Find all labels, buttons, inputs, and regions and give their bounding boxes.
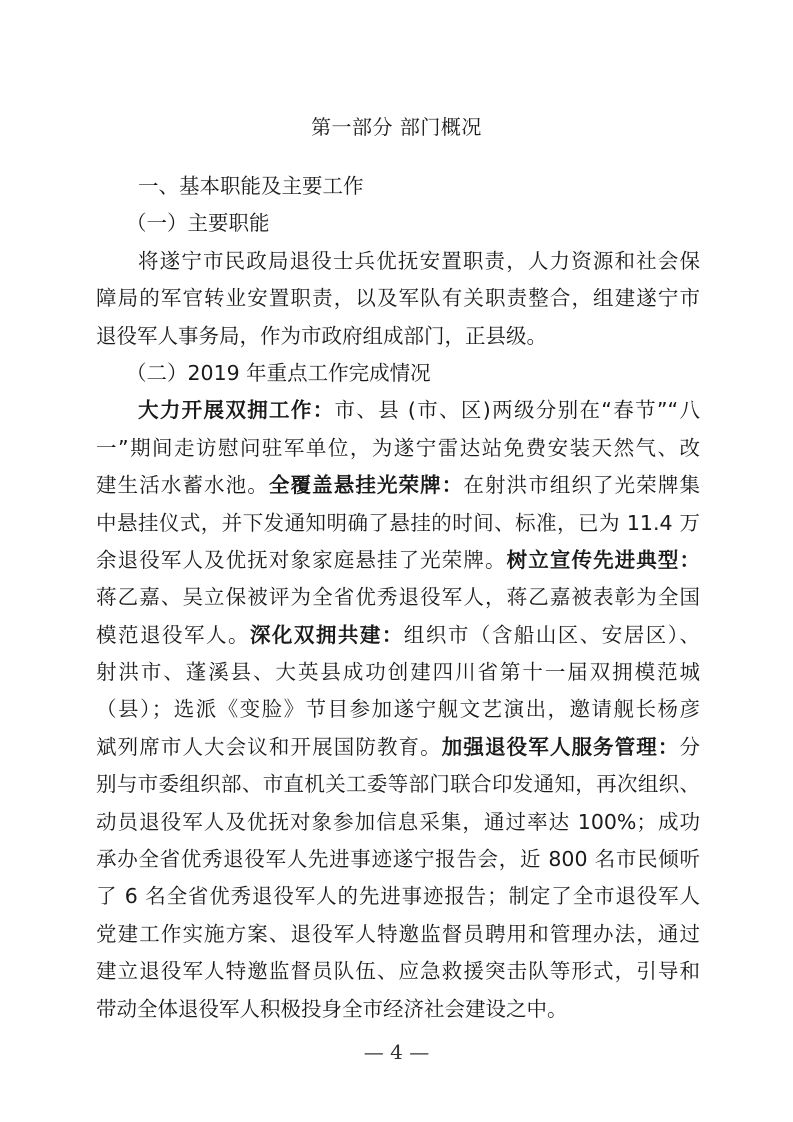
paragraph-line: 别与市委组织部、市直机关工委等部门联合印发通知，再次组织、 (96, 766, 700, 803)
paragraph-line: （县）；选派《变脸》节目参加遂宁舰文艺演出，邀请舰长杨彦 (96, 691, 700, 728)
paragraph-line: 党建工作实施方案、退役军人特邀监督员聘用和管理办法，通过 (96, 916, 700, 953)
paragraph-line: 承办全省优秀退役军人先进事迹遂宁报告会，近 800 名市民倾听 (96, 841, 700, 878)
document-body: 一、基本职能及主要工作 （一）主要职能 将遂宁市民政局退役士兵优抚安置职责，人力… (96, 168, 700, 1028)
document-page: 第一部分 部门概况 一、基本职能及主要工作 （一）主要职能 将遂宁市民政局退役士… (0, 0, 793, 1122)
page-title: 第一部分 部门概况 (0, 113, 793, 141)
paragraph-line: 动员退役军人及优抚对象参加信息采集，通过率达 100%；成功 (96, 804, 700, 841)
section-heading: 一、基本职能及主要工作 (96, 168, 700, 205)
line-text: 组织市（含船山区、安居区）、 (404, 623, 700, 647)
keyword-bold: 大力开展双拥工作： (138, 398, 335, 422)
subsection-heading-functions: （一）主要职能 (96, 205, 700, 242)
paragraph-line: 带动全体退役军人积极投身全市经济社会建设之中。 (96, 991, 700, 1028)
paragraph-line: 退役军人事务局，作为市政府组成部门，正县级。 (96, 318, 700, 355)
paragraph-line: 障局的军官转业安置职责，以及军队有关职责整合，组建遂宁市 (96, 280, 700, 317)
line-text: 余退役军人及优抚对象家庭悬挂了光荣牌。 (96, 548, 507, 572)
keyword-bold: 深化双拥共建： (250, 623, 404, 647)
line-text: 建生活水蓄水池。 (96, 473, 269, 497)
paragraph-line: 大力开展双拥工作：市、县 (市、区)两级分别在“春节”“八 (96, 392, 700, 429)
line-text: 模范退役军人。 (96, 623, 250, 647)
paragraph-line: 一”期间走访慰问驻军单位，为遂宁雷达站免费安装天然气、改 (96, 430, 700, 467)
line-text: 分 (680, 735, 701, 759)
line-text: 市、县 (市、区)两级分别在“春节”“八 (335, 398, 700, 422)
subsection-heading-2019-work: （二）2019 年重点工作完成情况 (96, 355, 700, 392)
paragraph-line: 了 6 名全省优秀退役军人的先进事迹报告；制定了全市退役军人 (96, 878, 700, 915)
paragraph-line: 中悬挂仪式，并下发通知明确了悬挂的时间、标准，已为 11.4 万 (96, 505, 700, 542)
page-number: — 4 — (0, 1040, 793, 1064)
paragraph-line: 余退役军人及优抚对象家庭悬挂了光荣牌。树立宣传先进典型： (96, 542, 700, 579)
line-text: 斌列席市人大会议和开展国防教育。 (96, 735, 442, 759)
paragraph-line: 射洪市、蓬溪县、大英县成功创建四川省第十一届双拥模范城 (96, 654, 700, 691)
paragraph-line: 模范退役军人。深化双拥共建：组织市（含船山区、安居区）、 (96, 617, 700, 654)
paragraph-line: 建生活水蓄水池。全覆盖悬挂光荣牌：在射洪市组织了光荣牌集 (96, 467, 700, 504)
keyword-bold: 全覆盖悬挂光荣牌： (269, 473, 464, 497)
line-text: 在射洪市组织了光荣牌集 (463, 473, 700, 497)
keyword-bold: 树立宣传先进典型： (507, 548, 700, 572)
paragraph-line: 斌列席市人大会议和开展国防教育。加强退役军人服务管理：分 (96, 729, 700, 766)
paragraph-line: 将遂宁市民政局退役士兵优抚安置职责，人力资源和社会保 (96, 243, 700, 280)
keyword-bold: 加强退役军人服务管理： (442, 735, 680, 759)
paragraph-line: 建立退役军人特邀监督员队伍、应急救援突击队等形式，引导和 (96, 953, 700, 990)
paragraph-line: 蒋乙嘉、吴立保被评为全省优秀退役军人，蒋乙嘉被表彰为全国 (96, 579, 700, 616)
